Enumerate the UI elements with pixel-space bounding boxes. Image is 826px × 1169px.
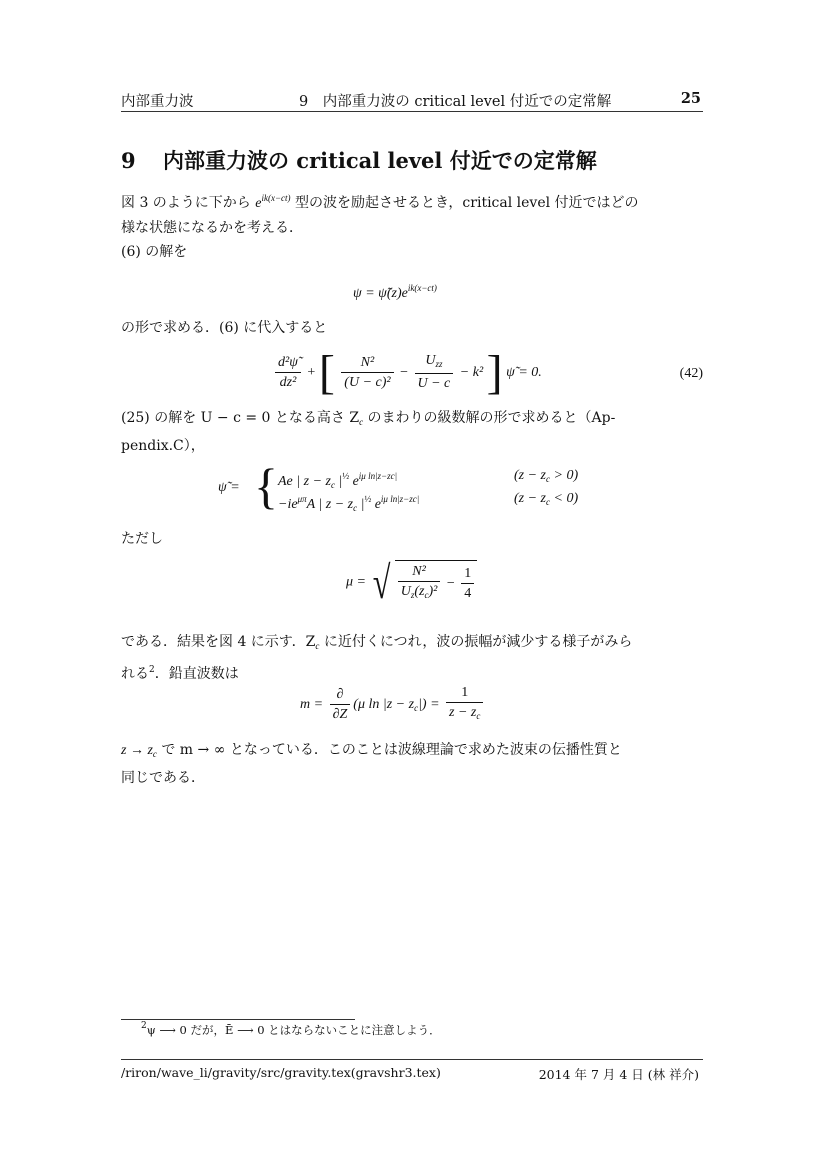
text: (6) の解を bbox=[121, 240, 703, 264]
math: (μ ln |z − z bbox=[353, 697, 414, 712]
math-sup: ik(x−ct) bbox=[408, 283, 437, 293]
math: |) = bbox=[418, 697, 439, 712]
footer-date-author: 2014 年 7 月 4 日 (林 祥介) bbox=[539, 1065, 699, 1083]
math: )² bbox=[429, 584, 438, 599]
math: ψ = ψ̃(z)e bbox=[353, 286, 408, 301]
math: ψ̃ = bbox=[218, 476, 240, 500]
paragraph-conclusion: z → zc で m → ∞ となっている．このことは波線理論で求めた波束の伝播… bbox=[121, 738, 703, 790]
math: μ = bbox=[346, 575, 366, 590]
math-sup: iμ ln|z−zc| bbox=[381, 494, 419, 504]
footer-rule bbox=[121, 1059, 703, 1060]
footnote: 2ψ ⟶ 0 だが，Ē ⟶ 0 とはならないことに注意しよう． bbox=[121, 1021, 441, 1038]
text: 型の波を励起させるとき，critical level 付近ではどの bbox=[291, 195, 639, 211]
math: (U − c)² bbox=[341, 373, 393, 393]
math: < 0) bbox=[550, 491, 578, 506]
equation-cases: ψ̃ = { Ae | z − zc |½ eiμ ln|z−zc| (z − … bbox=[218, 464, 648, 514]
math: ∂Z bbox=[330, 705, 351, 725]
text: に近付くにつれ，波の振幅が減少する様子がみら bbox=[319, 634, 632, 650]
math-sub: zz bbox=[435, 359, 442, 369]
text: 同じである． bbox=[121, 766, 703, 790]
equation-42: d²ψ̃dz² + [ N²(U − c)² − UzzU − c − k² ]… bbox=[272, 352, 703, 402]
header-rule bbox=[121, 111, 703, 112]
footnote-text: ψ ⟶ 0 だが，Ē ⟶ 0 とはならないことに注意しよう． bbox=[147, 1023, 441, 1037]
equation-mu: μ = √ N²Uz(zc)² − 14 bbox=[346, 560, 477, 616]
paragraph-intro: 図 3 のように下から eik(x−ct) 型の波を励起させるとき，critic… bbox=[121, 186, 703, 264]
math: (z − z bbox=[514, 491, 546, 506]
math: z − z bbox=[449, 705, 476, 720]
text: ．鉛直波数は bbox=[155, 666, 239, 682]
math: m = bbox=[300, 697, 323, 712]
section-title: 9内部重力波の critical level 付近での定常解 bbox=[121, 145, 597, 175]
math: − k² bbox=[460, 365, 483, 380]
math-sup: ik(x−ct) bbox=[261, 193, 290, 203]
text: れる bbox=[121, 666, 149, 682]
text: (25) の解を U − c = 0 となる高さ Z bbox=[121, 410, 359, 426]
running-header: 内部重力波 9 内部重力波の critical level 付近での定常解 25 bbox=[121, 88, 703, 110]
math: z → z bbox=[121, 743, 153, 758]
math-sub: c bbox=[476, 711, 480, 721]
header-center: 9 内部重力波の critical level 付近での定常解 bbox=[299, 90, 611, 111]
text: 様な状態になるかを考える． bbox=[121, 216, 703, 240]
paragraph-where: ただし bbox=[121, 527, 703, 551]
math: > 0) bbox=[550, 468, 578, 483]
section-number: 9 bbox=[121, 148, 163, 173]
brace-icon: { bbox=[254, 456, 278, 516]
header-left: 内部重力波 bbox=[121, 90, 194, 111]
math: 4 bbox=[461, 584, 474, 604]
math: 1 bbox=[446, 684, 483, 703]
math: N² bbox=[341, 354, 393, 373]
equation-psi: ψ = ψ̃(z)eik(x−ct) bbox=[353, 276, 437, 306]
paragraph-series-solution: (25) の解を U − c = 0 となる高さ Zc のまわりの級数解の形で求… bbox=[121, 406, 703, 458]
paragraph-substitute: の形で求める．(6) に代入すると bbox=[121, 316, 703, 340]
math-sup: μπ bbox=[298, 494, 307, 504]
text: pendix.C）， bbox=[121, 434, 703, 458]
math: 1 bbox=[461, 565, 474, 584]
math: ∂ bbox=[330, 686, 351, 705]
text: である．結果を図 4 に示す．Z bbox=[121, 634, 315, 650]
math: dz² bbox=[275, 373, 301, 393]
text: 図 3 のように下から bbox=[121, 195, 255, 211]
text: のまわりの級数解の形で求めると（Ap- bbox=[363, 410, 615, 426]
math: (z − z bbox=[514, 468, 546, 483]
text: で m → ∞ となっている．このことは波線理論で求めた波束の伝播性質と bbox=[157, 742, 622, 758]
equation-m: m = ∂∂Z(μ ln |z − zc|) = 1z − zc bbox=[300, 684, 486, 730]
math: d²ψ̃ bbox=[275, 354, 301, 373]
radical-icon: √ bbox=[373, 571, 391, 595]
footer-path: /riron/wave_li/gravity/src/gravity.tex(g… bbox=[121, 1065, 441, 1080]
equation-number: (42) bbox=[680, 362, 703, 386]
sqrt: √ N²Uz(zc)² − 14 bbox=[369, 560, 477, 605]
math: (z bbox=[414, 584, 424, 599]
math: U bbox=[401, 584, 411, 599]
math: U − c bbox=[415, 374, 454, 394]
math: − bbox=[447, 576, 455, 591]
page-number: 25 bbox=[681, 90, 701, 107]
math: −ie bbox=[278, 497, 298, 512]
math-sup: iμ ln|z−zc| bbox=[359, 471, 397, 481]
section-title-text: 内部重力波の critical level 付近での定常解 bbox=[163, 148, 597, 173]
math: ψ̃ = 0. bbox=[506, 365, 542, 380]
math: N² bbox=[398, 563, 441, 582]
math: U bbox=[425, 353, 435, 368]
paragraph-result: である．結果を図 4 に示す．Zc に近付くにつれ，波の振幅が減少する様子がみら… bbox=[121, 630, 703, 686]
math: e bbox=[371, 497, 381, 512]
footnote-rule bbox=[121, 1019, 355, 1020]
math: A | z − z bbox=[307, 497, 354, 512]
